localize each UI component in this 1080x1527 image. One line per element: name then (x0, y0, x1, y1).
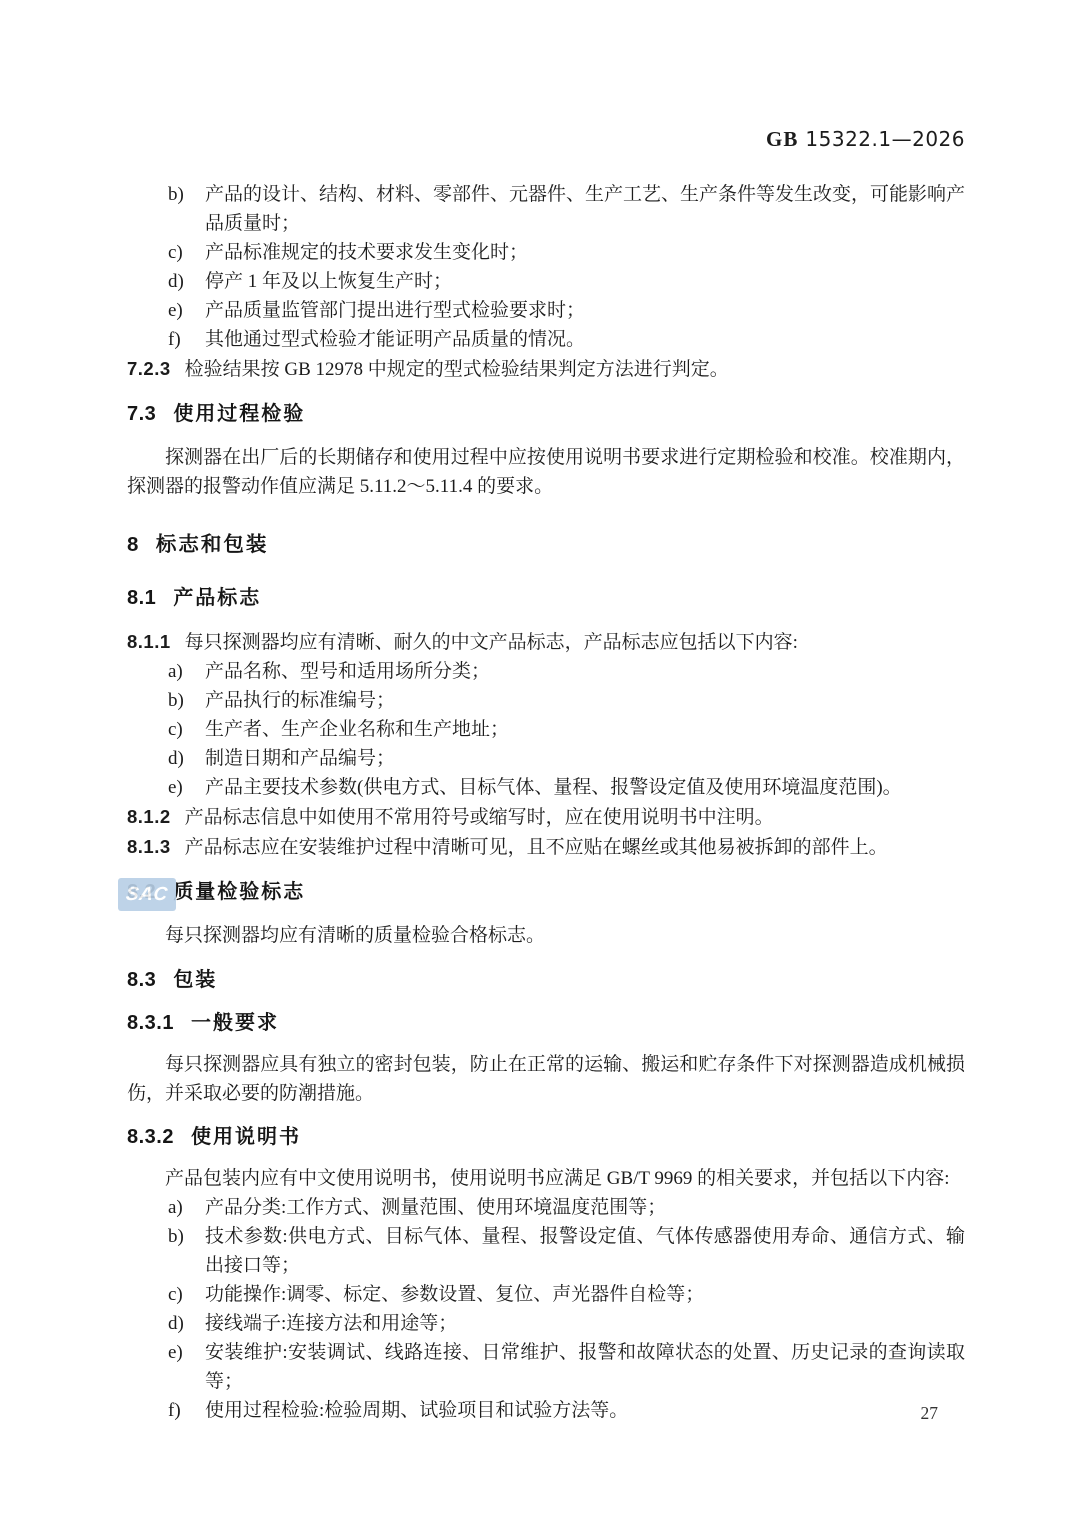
list-item-label: f) (168, 1396, 205, 1425)
heading-number: 8 (127, 533, 139, 556)
clause-8-1-2: 8.1.2产品标志信息中如使用不常用符号或缩写时，应在使用说明书中注明。 (127, 802, 965, 832)
list-item-label: a) (168, 657, 205, 686)
heading-title: 一般要求 (191, 1012, 279, 1034)
list-item-text: 安装维护:安装调试、线路连接、日常维护、报警和故障状态的处置、历史记录的查询读取… (205, 1338, 965, 1396)
paragraph-8-3-2: 产品包装内应有中文使用说明书，使用说明书应满足 GB/T 9969 的相关要求，… (127, 1164, 965, 1193)
list-item: e) 产品主要技术参数(供电方式、目标气体、量程、报警设定值及使用环境温度范围)… (168, 773, 965, 802)
clause-8-1-1: 8.1.1每只探测器均应有清晰、耐久的中文产品标志，产品标志应包括以下内容: (127, 627, 965, 657)
sac-watermark: SAC (118, 878, 176, 911)
paragraph-8-3-1: 每只探测器应具有独立的密封包装，防止在正常的运输、搬运和贮存条件下对探测器造成机… (127, 1050, 965, 1108)
list-item: d) 接线端子:连接方法和用途等； (168, 1309, 965, 1338)
heading-7-3: 7.3使用过程检验 (127, 401, 965, 428)
clause-number: 8.1.3 (127, 836, 171, 857)
list-item-text: 技术参数:供电方式、目标气体、量程、报警设定值、气体传感器使用寿命、通信方式、输… (205, 1222, 965, 1280)
list-item: b) 产品执行的标准编号； (168, 686, 965, 715)
paragraph-8-2: 每只探测器均应有清晰的质量检验合格标志。 (127, 921, 965, 950)
list-item-text: 产品名称、型号和适用场所分类； (205, 657, 965, 686)
heading-title: 质量检验标志 (173, 881, 305, 903)
list-item-label: b) (168, 180, 205, 238)
list-item: b) 技术参数:供电方式、目标气体、量程、报警设定值、气体传感器使用寿命、通信方… (168, 1222, 965, 1280)
instruction-manual-list: a) 产品分类:工作方式、测量范围、使用环境温度范围等； b) 技术参数:供电方… (127, 1193, 965, 1425)
list-item-text: 其他通过型式检验才能证明产品质量的情况。 (205, 325, 965, 354)
heading-number: 7.3 (127, 403, 156, 425)
list-item: d) 停产 1 年及以上恢复生产时； (168, 267, 965, 296)
list-item-text: 产品分类:工作方式、测量范围、使用环境温度范围等； (205, 1193, 965, 1222)
list-item-text: 产品执行的标准编号； (205, 686, 965, 715)
list-item: e) 安装维护:安装调试、线路连接、日常维护、报警和故障状态的处置、历史记录的查… (168, 1338, 965, 1396)
heading-8: 8标志和包装 (127, 531, 965, 558)
clause-text: 检验结果按 GB 12978 中规定的型式检验结果判定方法进行判定。 (185, 359, 729, 380)
heading-title: 产品标志 (173, 587, 261, 609)
list-item-label: b) (168, 686, 205, 715)
list-item-text: 接线端子:连接方法和用途等； (205, 1309, 965, 1338)
list-item-label: c) (168, 238, 205, 267)
product-marking-list: a) 产品名称、型号和适用场所分类； b) 产品执行的标准编号； c) 生产者、… (127, 657, 965, 802)
list-item: f) 使用过程检验:检验周期、试验项目和试验方法等。 (168, 1396, 965, 1425)
clause-7-2-3: 7.2.3检验结果按 GB 12978 中规定的型式检验结果判定方法进行判定。 (127, 354, 965, 384)
sac-watermark-label: SAC (125, 880, 170, 909)
list-item-text: 停产 1 年及以上恢复生产时； (205, 267, 965, 296)
list-item-label: c) (168, 1280, 205, 1309)
clause-text: 产品标志信息中如使用不常用符号或缩写时，应在使用说明书中注明。 (185, 807, 774, 828)
standard-code-prefix: GB (766, 127, 798, 151)
list-item-text: 产品标准规定的技术要求发生变化时； (205, 238, 965, 267)
paragraph-7-3: 探测器在出厂后的长期储存和使用过程中应按使用说明书要求进行定期检验和校准。校准期… (127, 443, 965, 501)
list-item-text: 生产者、生产企业名称和生产地址； (205, 715, 965, 744)
clause-text: 产品标志应在安装维护过程中清晰可见，且不应贴在螺丝或其他易被拆卸的部件上。 (185, 837, 888, 858)
heading-8-3-2: 8.3.2使用说明书 (127, 1124, 965, 1151)
list-item-label: c) (168, 715, 205, 744)
list-item-label: e) (168, 1338, 205, 1396)
heading-title: 包装 (173, 969, 217, 991)
list-item-label: f) (168, 325, 205, 354)
heading-number: 8.1 (127, 587, 156, 609)
heading-8-2: 8.2质量检验标志 (127, 879, 965, 906)
clause-number: 8.1.1 (127, 631, 171, 652)
list-item-label: d) (168, 267, 205, 296)
list-item: c) 生产者、生产企业名称和生产地址； (168, 715, 965, 744)
list-item-text: 功能操作:调零、标定、参数设置、复位、声光器件自检等； (205, 1280, 965, 1309)
heading-title: 标志和包装 (156, 533, 269, 556)
standard-code-number: 15322.1—2026 (805, 127, 965, 151)
document-page: GB15322.1—2026 b) 产品的设计、结构、材料、零部件、元器件、生产… (0, 0, 1080, 1527)
heading-8-3: 8.3包装 (127, 967, 965, 994)
list-item: a) 产品名称、型号和适用场所分类； (168, 657, 965, 686)
list-item: b) 产品的设计、结构、材料、零部件、元器件、生产工艺、生产条件等发生改变，可能… (168, 180, 965, 238)
list-item-text: 使用过程检验:检验周期、试验项目和试验方法等。 (205, 1396, 965, 1425)
list-item-label: a) (168, 1193, 205, 1222)
clause-number: 7.2.3 (127, 358, 171, 379)
list-item: a) 产品分类:工作方式、测量范围、使用环境温度范围等； (168, 1193, 965, 1222)
heading-8-3-1: 8.3.1一般要求 (127, 1010, 965, 1037)
list-item: e) 产品质量监管部门提出进行型式检验要求时； (168, 296, 965, 325)
list-item: c) 功能操作:调零、标定、参数设置、复位、声光器件自检等； (168, 1280, 965, 1309)
list-item-text: 产品质量监管部门提出进行型式检验要求时； (205, 296, 965, 325)
page-number: 27 (921, 1399, 939, 1428)
clause-number: 8.1.2 (127, 806, 171, 827)
standard-code-header: GB15322.1—2026 (127, 126, 965, 154)
list-item-label: e) (168, 296, 205, 325)
heading-number: 8.3.2 (127, 1126, 174, 1148)
heading-8-1: 8.1产品标志 (127, 585, 965, 612)
list-item: d) 制造日期和产品编号； (168, 744, 965, 773)
heading-title: 使用过程检验 (173, 403, 305, 425)
heading-number: 8.3.1 (127, 1012, 174, 1034)
heading-title: 使用说明书 (191, 1126, 301, 1148)
list-item-label: e) (168, 773, 205, 802)
heading-number: 8.3 (127, 969, 156, 991)
list-item: c) 产品标准规定的技术要求发生变化时； (168, 238, 965, 267)
clause-8-1-3: 8.1.3产品标志应在安装维护过程中清晰可见，且不应贴在螺丝或其他易被拆卸的部件… (127, 832, 965, 862)
list-item-text: 产品的设计、结构、材料、零部件、元器件、生产工艺、生产条件等发生改变，可能影响产… (205, 180, 965, 238)
type-test-conditions-list: b) 产品的设计、结构、材料、零部件、元器件、生产工艺、生产条件等发生改变，可能… (127, 180, 965, 354)
list-item: f) 其他通过型式检验才能证明产品质量的情况。 (168, 325, 965, 354)
list-item-label: b) (168, 1222, 205, 1280)
list-item-label: d) (168, 744, 205, 773)
list-item-text: 产品主要技术参数(供电方式、目标气体、量程、报警设定值及使用环境温度范围)。 (205, 773, 965, 802)
list-item-label: d) (168, 1309, 205, 1338)
clause-text: 每只探测器均应有清晰、耐久的中文产品标志，产品标志应包括以下内容: (185, 632, 798, 653)
list-item-text: 制造日期和产品编号； (205, 744, 965, 773)
